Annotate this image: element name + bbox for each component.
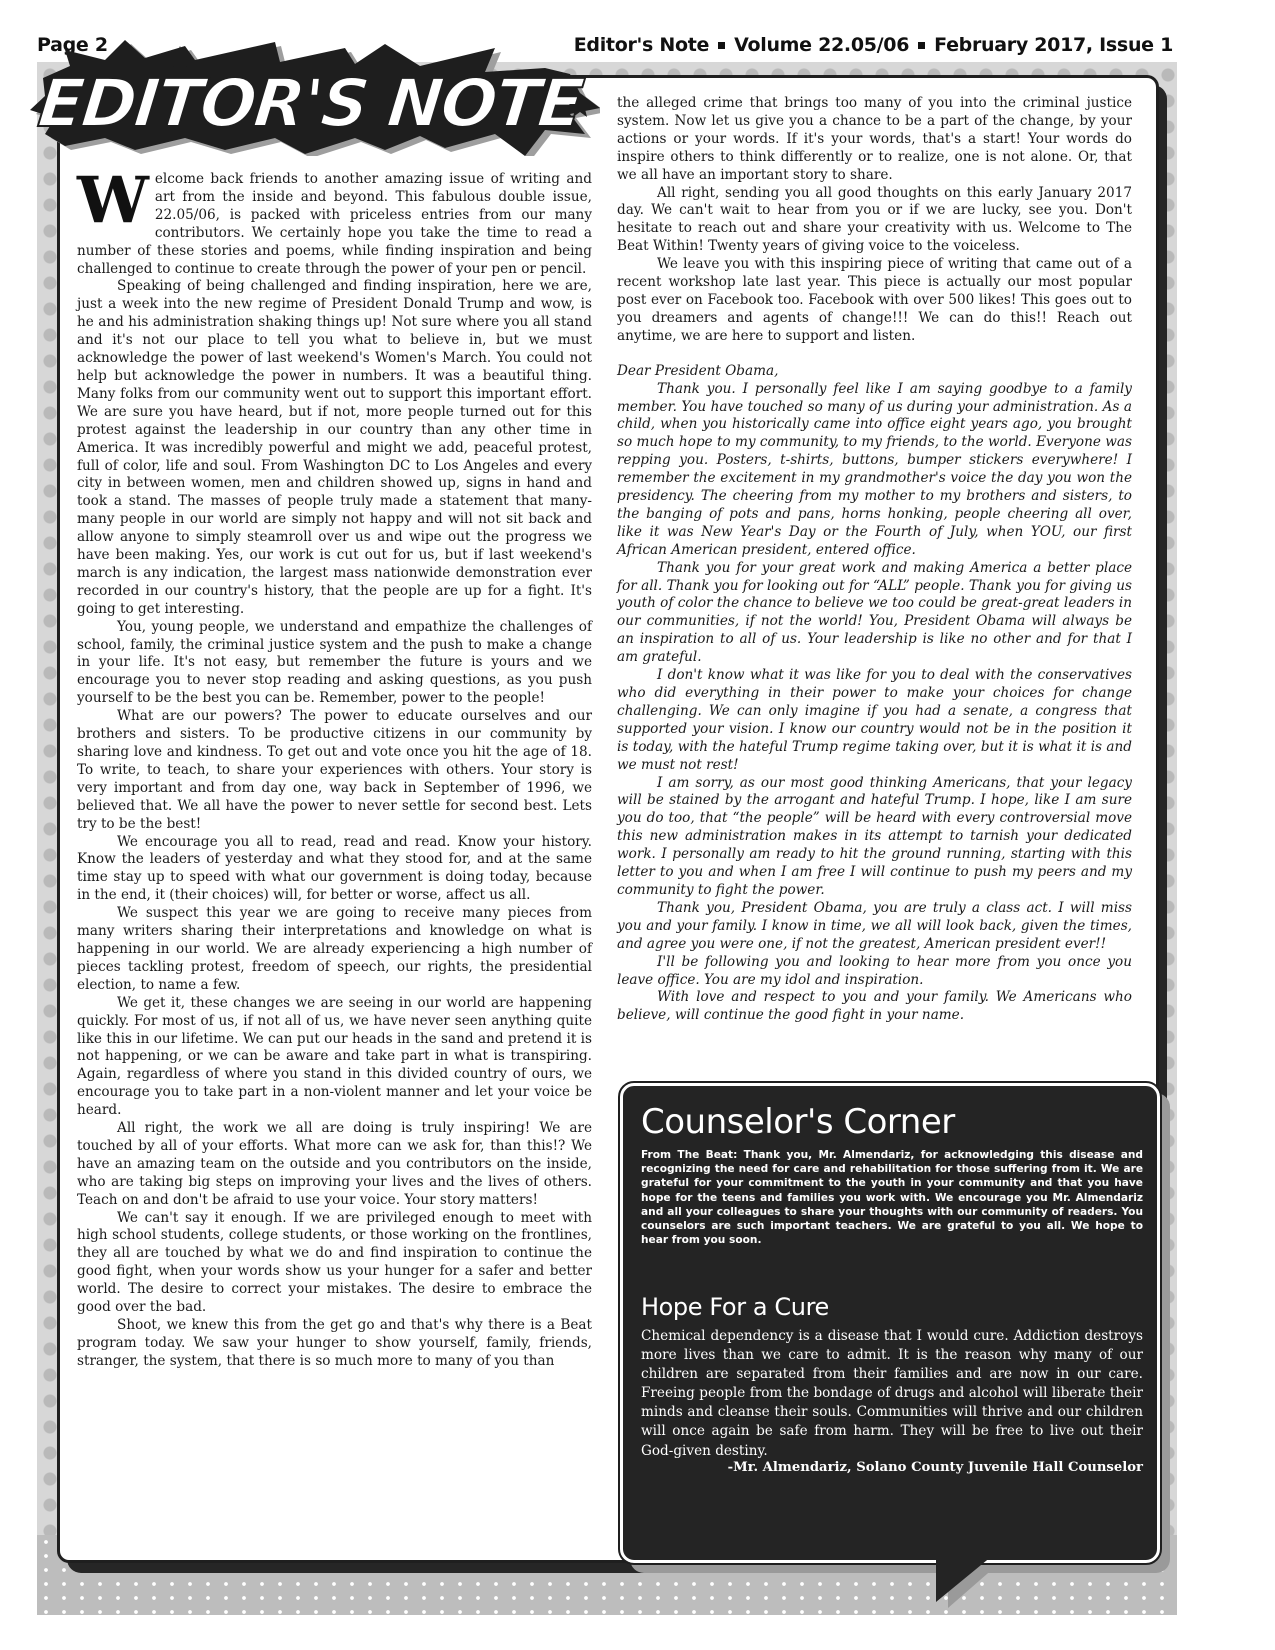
volume-label: Volume 22.05/06 [734, 34, 909, 56]
paragraph: What are our powers? The power to educat… [77, 708, 592, 833]
paragraph: We suspect this year we are going to rec… [77, 905, 592, 995]
paragraph: All right, the work we all are doing is … [77, 1120, 592, 1210]
drop-cap: W [77, 175, 149, 227]
editors-note-banner: EDITOR'S NOTE [25, 38, 600, 156]
paragraph: Shoot, we knew this from the get go and … [77, 1317, 592, 1371]
paragraph: You, young people, we understand and emp… [77, 619, 592, 709]
editors-note-left-column: Welcome back friends to another amazing … [77, 171, 592, 1371]
paragraph: We encourage you all to read, read and r… [77, 834, 592, 906]
paragraph: We can't say it enough. If we are privil… [77, 1210, 592, 1317]
editors-note-right-column: the alleged crime that brings too many o… [617, 95, 1132, 1025]
issue-label: February 2017, Issue 1 [934, 34, 1173, 56]
paragraph: the alleged crime that brings too many o… [617, 95, 1132, 185]
paragraph: Welcome back friends to another amazing … [77, 171, 592, 278]
letter-to-obama: Dear President Obama, Thank you. I perso… [617, 363, 1132, 1026]
paragraph: All right, sending you all good thoughts… [617, 185, 1132, 257]
counselor-corner-box: Counselor's Corner From The Beat: Thank … [620, 1083, 1160, 1563]
article-body: Chemical dependency is a disease that I … [641, 1327, 1143, 1461]
paragraph: We leave you with this inspiring piece o… [617, 256, 1132, 346]
separator-square-icon [718, 42, 725, 49]
counselor-corner-intro: From The Beat: Thank you, Mr. Almendariz… [641, 1148, 1143, 1247]
paragraph: Speaking of being challenged and finding… [77, 278, 592, 618]
letter-paragraph: I am sorry, as our most good thinking Am… [617, 775, 1132, 900]
paragraph: We get it, these changes we are seeing i… [77, 995, 592, 1120]
letter-paragraph: I'll be following you and looking to hea… [617, 954, 1132, 990]
speech-bubble-tail [936, 1556, 992, 1602]
banner-title: EDITOR'S NOTE [35, 65, 587, 142]
letter-paragraph: Thank you, President Obama, you are trul… [617, 900, 1132, 954]
letter-paragraph: With love and respect to you and your fa… [617, 989, 1132, 1025]
letter-paragraph: Thank you for your great work and making… [617, 560, 1132, 667]
article-title: Hope For a Cure [641, 1293, 829, 1321]
letter-paragraph: Thank you. I personally feel like I am s… [617, 381, 1132, 560]
article-signature: -Mr. Almendariz, Solano County Juvenile … [728, 1460, 1143, 1475]
separator-square-icon [918, 42, 925, 49]
letter-greeting: Dear President Obama, [617, 363, 1132, 381]
masthead: Editor's NoteVolume 22.05/06February 201… [574, 34, 1173, 56]
letter-paragraph: I don't know what it was like for you to… [617, 667, 1132, 774]
counselor-corner-title: Counselor's Corner [641, 1102, 955, 1142]
